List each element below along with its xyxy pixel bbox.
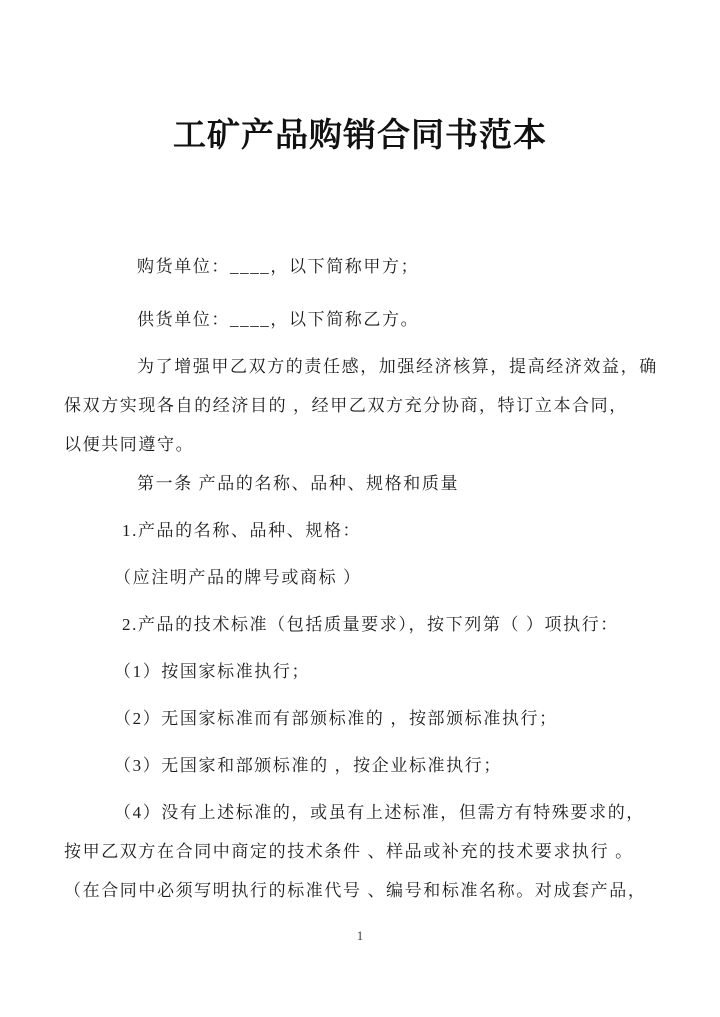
text-line: 购货单位：____，以下简称甲方； [64, 257, 660, 277]
text-line: （在合同中必须写明执行的标准代号 、编号和标准名称。对成套产品， [64, 881, 660, 901]
page-number: 1 [0, 928, 720, 944]
text-line: （4）没有上述标准的，或虽有上述标准，但需方有特殊要求的， [64, 803, 660, 823]
document-body: 购货单位：____，以下简称甲方；供货单位：____，以下简称乙方。为了增强甲乙… [64, 0, 660, 901]
text-line: 为了增强甲乙双方的责任感，加强经济核算，提高经济效益，确 [64, 357, 660, 377]
text-line: 第一条 产品的名称、品种、规格和质量 [64, 474, 660, 494]
text-line: （应注明产品的牌号或商标 ） [64, 568, 660, 588]
document-page: 工矿产品购销合同书范本 购货单位：____，以下简称甲方；供货单位：____，以… [0, 0, 720, 1017]
text-line: 保双方实现各自的经济目的 ，经甲乙双方充分协商，特订立本合同， [64, 396, 660, 416]
text-line: （1）按国家标准执行； [64, 662, 660, 682]
text-line: （2）无国家标准而有部颁标准的 ，按部颁标准执行； [64, 709, 660, 729]
text-line: 以便共同遵守。 [64, 435, 660, 455]
text-line: 供货单位：____，以下简称乙方。 [64, 310, 660, 330]
text-line: 按甲乙双方在合同中商定的技术条件 、样品或补充的技术要求执行 。 [64, 842, 660, 862]
text-line: （3）无国家和部颁标准的 ，按企业标准执行； [64, 756, 660, 776]
text-line: 1.产品的名称、品种、规格： [64, 521, 660, 541]
text-line: 2.产品的技术标准（包括质量要求），按下列第（ ）项执行： [64, 615, 660, 635]
